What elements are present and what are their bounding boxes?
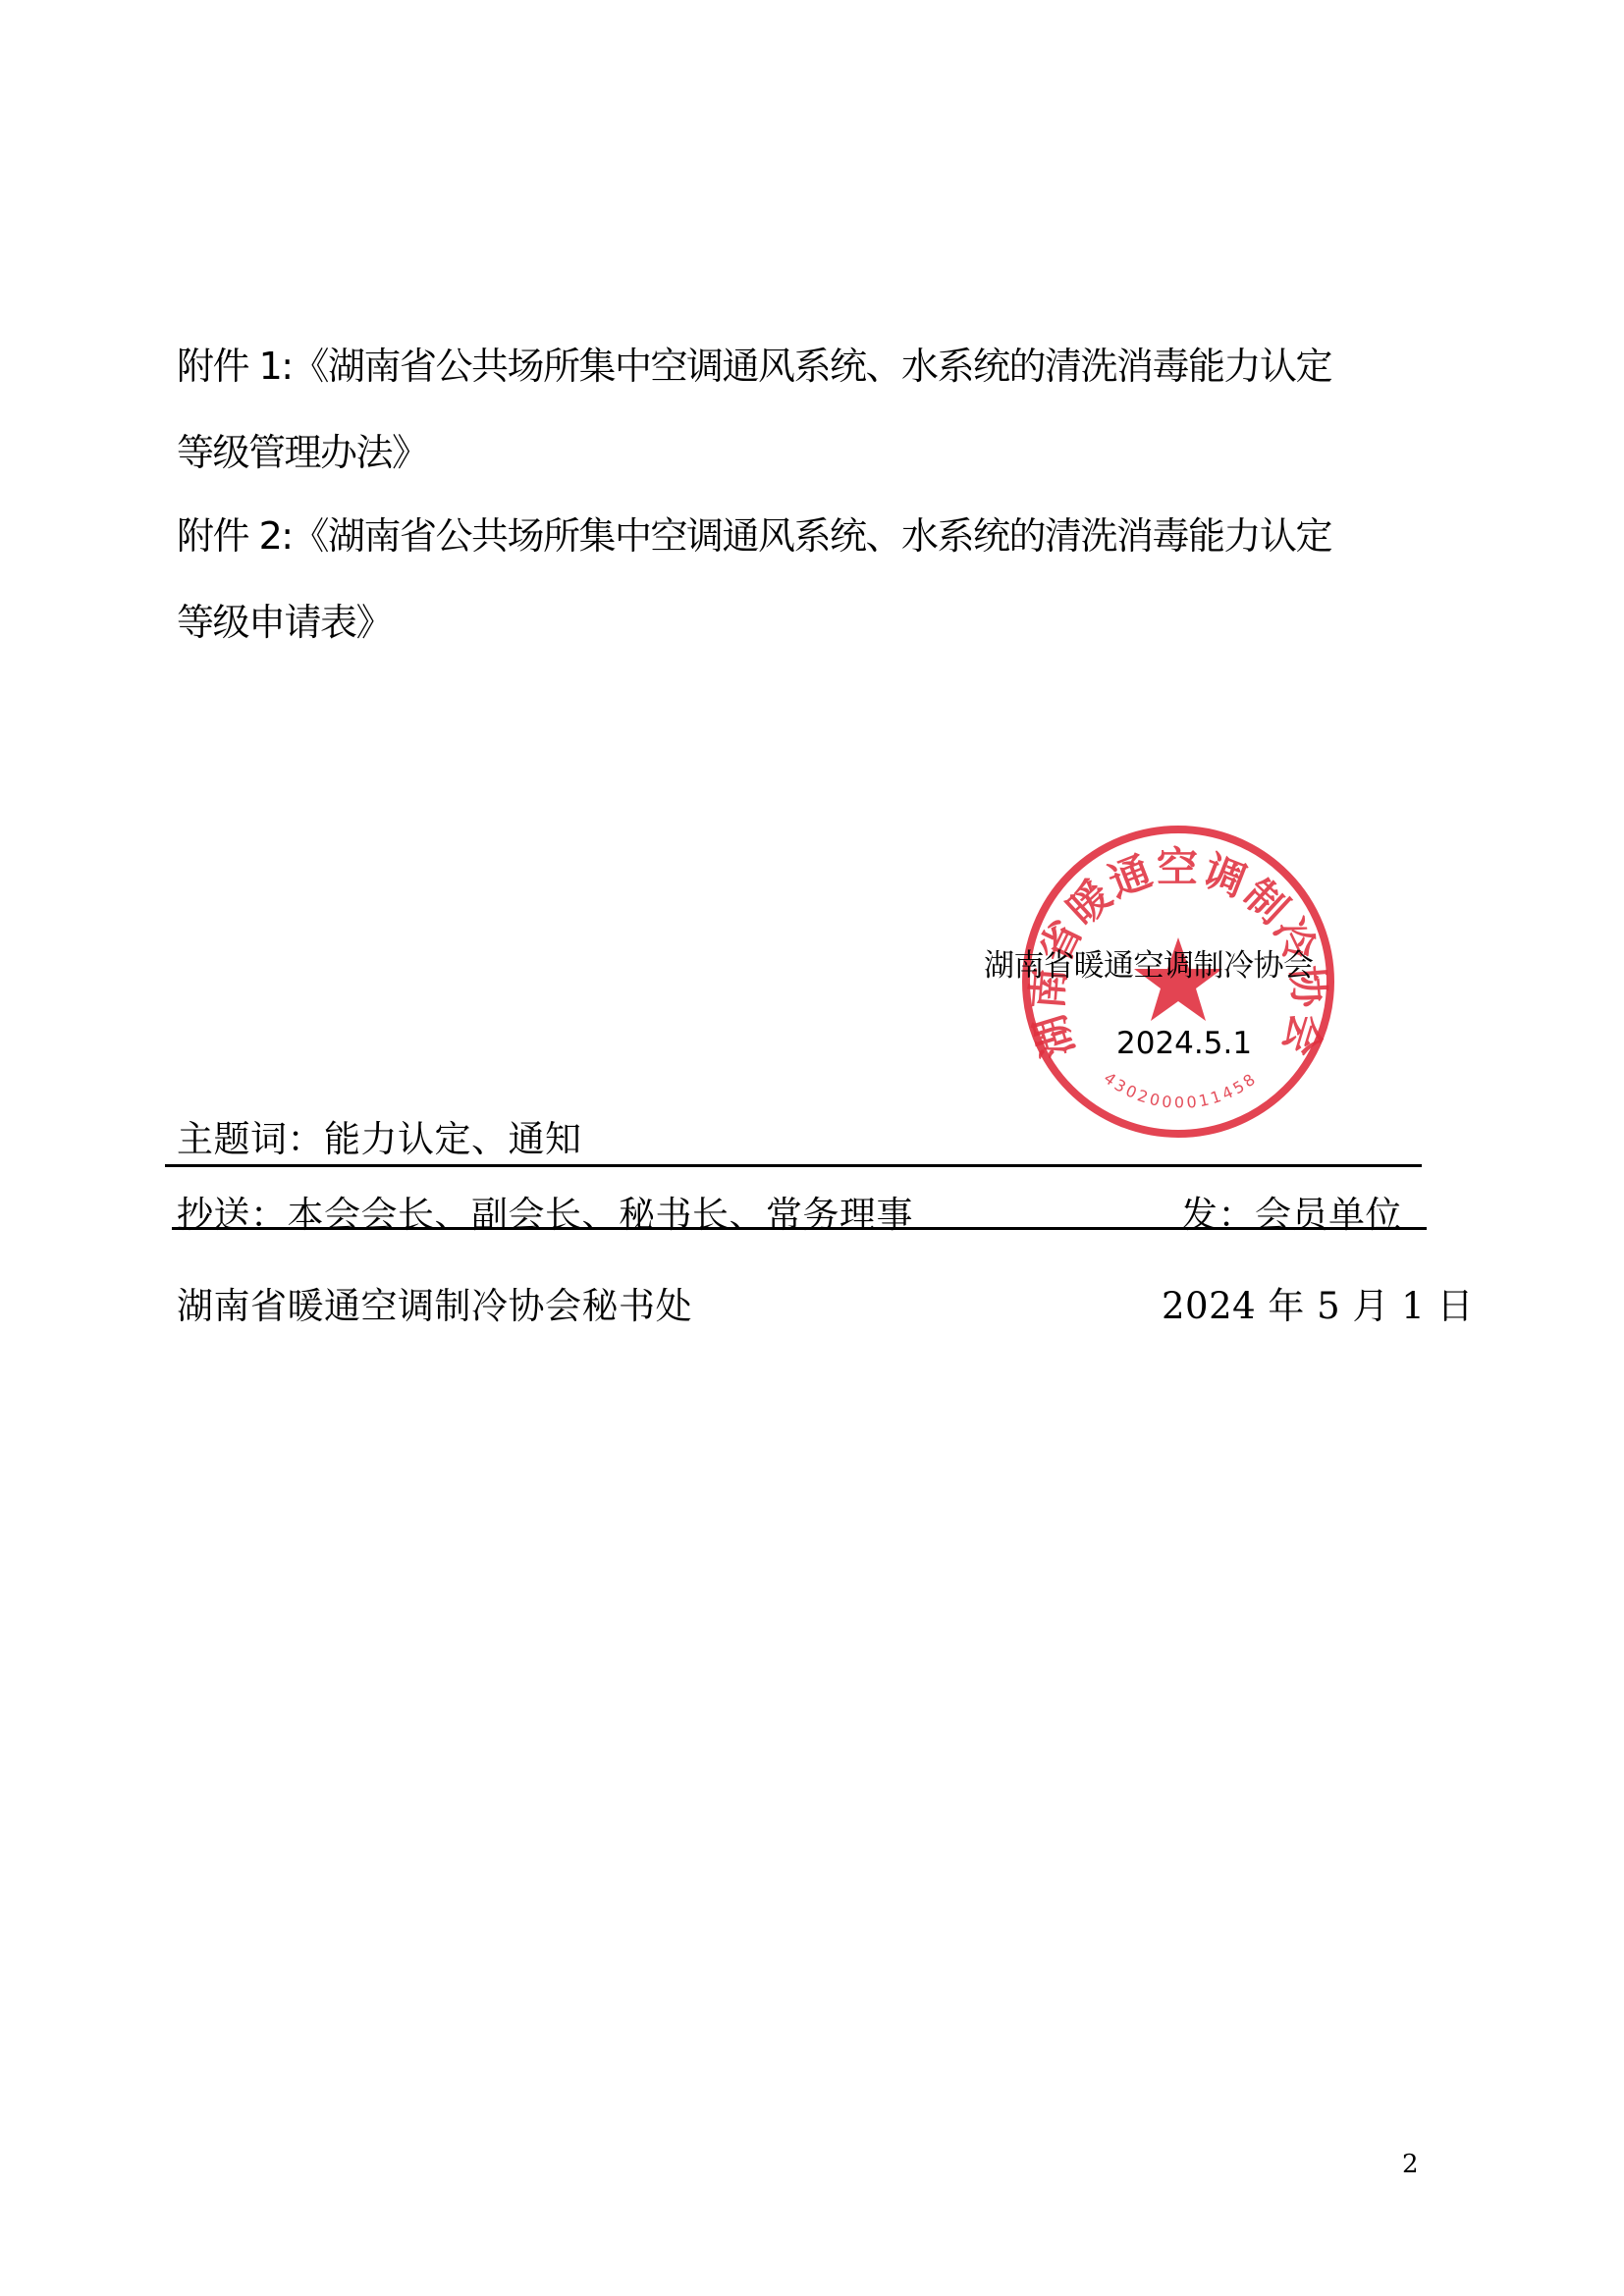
- subject-line: 主题词：能力认定、通知: [177, 1109, 582, 1162]
- page-number: 2: [1402, 2150, 1419, 2179]
- attachment-2-line-1: 附件 2:《湖南省公共场所集中空调通风系统、水系统的清洗消毒能力认定: [177, 506, 1331, 560]
- seal-code: 4302000011458: [1101, 1068, 1262, 1111]
- divider-top: [165, 1164, 1422, 1167]
- issue-date: 2024 年 5 月 1 日: [1162, 1276, 1474, 1329]
- issuer: 湖南省暖通空调制冷协会秘书处: [177, 1276, 692, 1329]
- divider-bottom: [172, 1227, 1427, 1230]
- attachment-1-line-2: 等级管理办法》: [177, 422, 428, 476]
- signature-organization: 湖南省暖通空调制冷协会: [984, 940, 1314, 985]
- attachment-1-line-1: 附件 1:《湖南省公共场所集中空调通风系统、水系统的清洗消毒能力认定: [177, 336, 1331, 390]
- attachment-2-line-2: 等级申请表》: [177, 592, 392, 646]
- subject-label: 主题词：: [177, 1118, 324, 1160]
- svg-text:4302000011458: 4302000011458: [1101, 1068, 1262, 1111]
- signature-date: 2024.5.1: [1116, 1026, 1252, 1061]
- subject-value: 能力认定、通知: [324, 1118, 582, 1160]
